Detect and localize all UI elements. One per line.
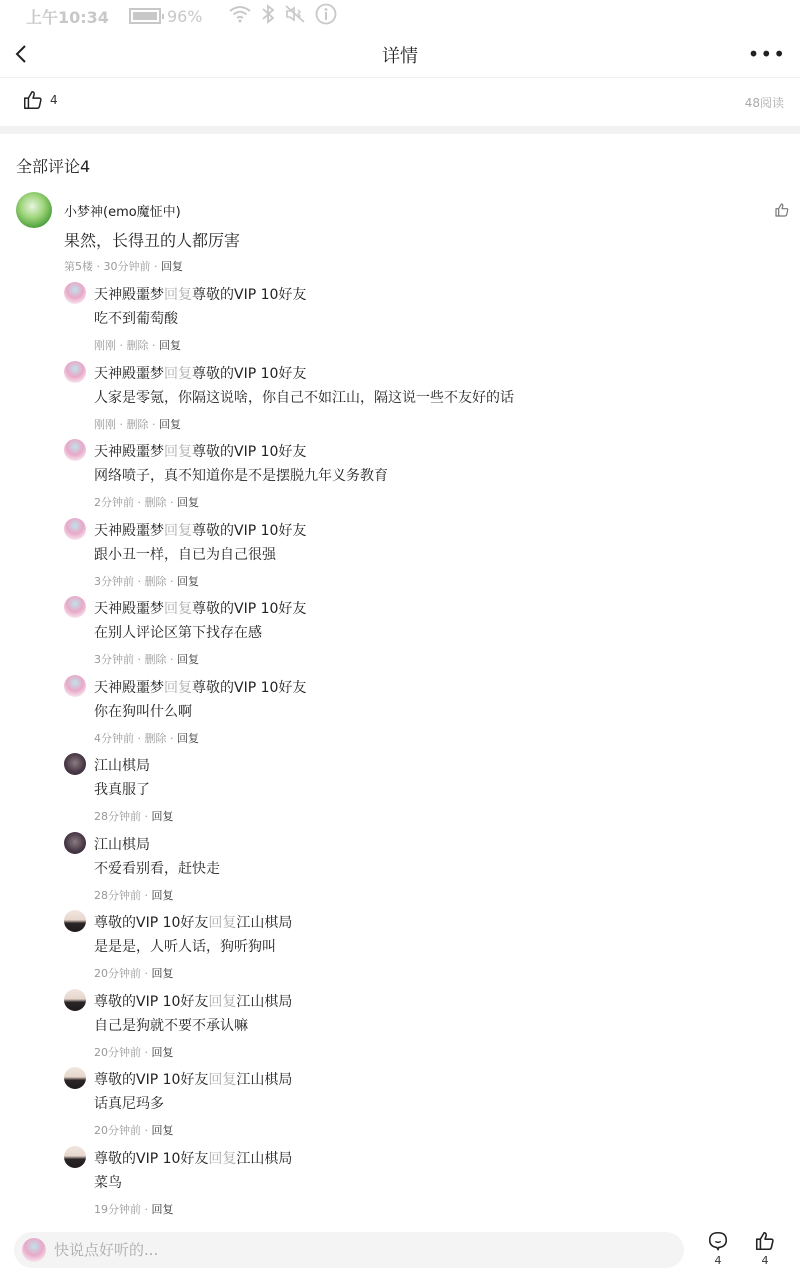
reply-button[interactable]: 回复 [152, 889, 174, 902]
thumbs-up-icon [22, 89, 44, 111]
reply-target[interactable]: 尊敬的VIP 10好友 [192, 601, 306, 617]
reply-text: 菜鸟 [94, 1172, 122, 1192]
reply-header: 天神殿噩梦回复尊敬的VIP 10好友 [94, 598, 306, 618]
status-time: 上午10:34 [26, 5, 109, 28]
reply-meta: 20分钟前 · 回复 [94, 1044, 174, 1060]
reply-meta: 20分钟前 · 回复 [94, 1122, 174, 1138]
reply-time: 3分钟前 [94, 575, 134, 588]
reply-time: 19分钟前 [94, 1203, 141, 1216]
avatar [22, 1238, 46, 1262]
reply-meta: 3分钟前 · 删除 · 回复 [94, 651, 199, 667]
reply-word: 回复 [208, 915, 236, 931]
reply-header: 天神殿噩梦回复尊敬的VIP 10好友 [94, 677, 306, 697]
reply-button[interactable]: 回复 [152, 1203, 174, 1216]
reply-time: 刚刚 [94, 339, 116, 352]
mute-icon [285, 5, 305, 28]
reply-time: 20分钟前 [94, 967, 141, 980]
reply-text: 是是是，人听人话，狗听狗叫 [94, 936, 276, 956]
reply-button[interactable]: 回复 [152, 810, 174, 823]
reply-text: 我真服了 [94, 779, 150, 799]
reply-word: 回复 [164, 444, 192, 460]
like-button[interactable]: 4 [750, 1230, 780, 1267]
reply-meta: 3分钟前 · 删除 · 回复 [94, 573, 199, 589]
comment-text: 果然，长得丑的人都厉害 [64, 228, 240, 251]
reply-word: 回复 [208, 1151, 236, 1167]
avatar[interactable] [64, 361, 86, 383]
delete-button[interactable]: 删除 [145, 496, 167, 509]
reply-header: 天神殿噩梦回复尊敬的VIP 10好友 [94, 284, 306, 304]
reply-target[interactable]: 尊敬的VIP 10好友 [192, 287, 306, 303]
delete-button[interactable]: 删除 [127, 418, 149, 431]
avatar[interactable] [64, 596, 86, 618]
avatar[interactable] [64, 675, 86, 697]
post-like-button[interactable] [22, 89, 44, 115]
more-dots-icon: ••• [748, 42, 786, 66]
reply-header: 天神殿噩梦回复尊敬的VIP 10好友 [94, 363, 306, 383]
reply-meta: 刚刚 · 删除 · 回复 [94, 337, 181, 353]
reply-header: 尊敬的VIP 10好友回复江山棋局 [94, 912, 292, 932]
reply-author[interactable]: 尊敬的VIP 10好友 [94, 994, 208, 1010]
reply-text: 跟小丑一样，自已为自己很强 [94, 544, 276, 564]
reply-target[interactable]: 尊敬的VIP 10好友 [192, 680, 306, 696]
chevron-left-icon [12, 42, 32, 66]
reply-meta: 28分钟前 · 回复 [94, 887, 174, 903]
reply-item: 尊敬的VIP 10好友回复江山棋局是是是，人听人话，狗听狗叫20分钟前 · 回复 [64, 910, 784, 989]
reply-author[interactable]: 天神殿噩梦 [94, 287, 164, 303]
reply-button[interactable]: 回复 [152, 1124, 174, 1137]
reply-text: 人家是零氪，你隔这说啥，你自己不如江山，隔这说一些不友好的话 [94, 387, 514, 407]
section-divider [0, 126, 800, 134]
reply-word: 回复 [164, 287, 192, 303]
reply-item: 江山棋局我真服了28分钟前 · 回复 [64, 753, 784, 832]
reply-time: 3分钟前 [94, 653, 134, 666]
avatar[interactable] [64, 910, 86, 932]
post-like-count: 4 [50, 93, 58, 107]
reply-item: 尊敬的VIP 10好友回复江山棋局自己是狗就不要不承认嘛20分钟前 · 回复 [64, 989, 784, 1068]
reply-target[interactable]: 江山棋局 [236, 994, 292, 1010]
reply-item: 尊敬的VIP 10好友回复江山棋局话真尼玛多20分钟前 · 回复 [64, 1067, 784, 1146]
reply-item: 江山棋局不爱看别看，赶快走28分钟前 · 回复 [64, 832, 784, 911]
reply-meta: 2分钟前 · 删除 · 回复 [94, 494, 199, 510]
reply-author[interactable]: 江山棋局 [94, 837, 150, 853]
avatar[interactable] [64, 989, 86, 1011]
delete-button[interactable]: 删除 [145, 732, 167, 745]
reply-author[interactable]: 天神殿噩梦 [94, 523, 164, 539]
reply-list: 天神殿噩梦回复尊敬的VIP 10好友吃不到葡萄酸刚刚 · 删除 · 回复天神殿噩… [64, 282, 784, 1224]
reply-item: 天神殿噩梦回复尊敬的VIP 10好友跟小丑一样，自已为自己很强3分钟前 · 删除… [64, 518, 784, 597]
status-bar: 上午10:34 96% [0, 0, 800, 32]
avatar[interactable] [64, 1146, 86, 1168]
reply-header: 尊敬的VIP 10好友回复江山棋局 [94, 1148, 292, 1168]
reply-header: 江山棋局 [94, 834, 150, 854]
bluetooth-icon [261, 4, 275, 29]
comment-input-box[interactable] [14, 1232, 684, 1268]
reply-author[interactable]: 尊敬的VIP 10好友 [94, 1072, 208, 1088]
reply-button[interactable]: 回复 [159, 339, 181, 352]
reply-item: 天神殿噩梦回复尊敬的VIP 10好友你在狗叫什么啊4分钟前 · 删除 · 回复 [64, 675, 784, 754]
reply-meta: 20分钟前 · 回复 [94, 965, 174, 981]
reply-author[interactable]: 天神殿噩梦 [94, 680, 164, 696]
reply-meta: 19分钟前 · 回复 [94, 1201, 174, 1217]
reply-target[interactable]: 尊敬的VIP 10好友 [192, 366, 306, 382]
avatar[interactable] [64, 1067, 86, 1089]
reply-item: 尊敬的VIP 10好友回复江山棋局菜鸟19分钟前 · 回复 [64, 1146, 784, 1225]
read-count: 48阅读 [745, 94, 784, 111]
avatar[interactable] [64, 282, 86, 304]
reply-button[interactable]: 回复 [177, 496, 199, 509]
reply-button[interactable]: 回复 [161, 260, 183, 273]
reply-word: 回复 [164, 601, 192, 617]
reply-author[interactable]: 天神殿噩梦 [94, 444, 164, 460]
reply-item: 天神殿噩梦回复尊敬的VIP 10好友吃不到葡萄酸刚刚 · 删除 · 回复 [64, 282, 784, 361]
reply-author[interactable]: 尊敬的VIP 10好友 [94, 1151, 208, 1167]
avatar[interactable] [16, 192, 52, 228]
reply-text: 在别人评论区第下找存在感 [94, 622, 262, 642]
comments-header: 全部评论4 [16, 154, 90, 177]
reply-header: 江山棋局 [94, 755, 150, 775]
reply-header: 尊敬的VIP 10好友回复江山棋局 [94, 1069, 292, 1089]
like-count: 4 [750, 1254, 780, 1267]
reply-text: 自己是狗就不要不承认嘛 [94, 1015, 248, 1035]
reply-word: 回复 [164, 366, 192, 382]
reply-target[interactable]: 江山棋局 [236, 915, 292, 931]
comment-count: 4 [703, 1254, 733, 1267]
reply-word: 回复 [164, 680, 192, 696]
thumbs-up-icon [774, 202, 790, 218]
reply-meta: 28分钟前 · 回复 [94, 808, 174, 824]
reply-button[interactable]: 回复 [152, 967, 174, 980]
reply-text: 你在狗叫什么啊 [94, 701, 192, 721]
delete-button[interactable]: 删除 [145, 575, 167, 588]
reply-word: 回复 [208, 1072, 236, 1088]
page-title: 详情 [382, 42, 418, 68]
reply-button[interactable]: 回复 [177, 653, 199, 666]
reply-item: 天神殿噩梦回复尊敬的VIP 10好友人家是零氪，你隔这说啥，你自己不如江山，隔这… [64, 361, 784, 440]
reply-target[interactable]: 江山棋局 [236, 1072, 292, 1088]
reply-target[interactable]: 尊敬的VIP 10好友 [192, 523, 306, 539]
reply-text: 话真尼玛多 [94, 1093, 164, 1113]
comment-input[interactable] [54, 1241, 614, 1259]
wifi-icon [229, 5, 251, 28]
reply-text: 吃不到葡萄酸 [94, 308, 178, 328]
reply-time: 2分钟前 [94, 496, 134, 509]
reply-time: 28分钟前 [94, 810, 141, 823]
thumbs-up-icon [754, 1230, 776, 1252]
reply-time: 20分钟前 [94, 1046, 141, 1059]
reply-item: 天神殿噩梦回复尊敬的VIP 10好友网络喷子，真不知道你是不是摆脱九年义务教育2… [64, 439, 784, 518]
reply-header: 尊敬的VIP 10好友回复江山棋局 [94, 991, 292, 1011]
comment-bubble-icon [707, 1230, 729, 1252]
reply-button[interactable]: 回复 [177, 575, 199, 588]
avatar[interactable] [64, 832, 86, 854]
reply-author[interactable]: 江山棋局 [94, 758, 150, 774]
reply-target[interactable]: 尊敬的VIP 10好友 [192, 444, 306, 460]
comment-meta: 第5楼 · 30分钟前 · 回复 [64, 258, 183, 274]
reply-word: 回复 [208, 994, 236, 1010]
reply-button[interactable]: 回复 [159, 418, 181, 431]
delete-button[interactable]: 删除 [145, 653, 167, 666]
reply-text: 网络喷子，真不知道你是不是摆脱九年义务教育 [94, 465, 388, 485]
avatar[interactable] [64, 439, 86, 461]
reply-header: 天神殿噩梦回复尊敬的VIP 10好友 [94, 520, 306, 540]
reply-author[interactable]: 尊敬的VIP 10好友 [94, 915, 208, 931]
comments-button[interactable]: 4 [703, 1230, 733, 1267]
reply-meta: 4分钟前 · 删除 · 回复 [94, 730, 199, 746]
comment-like-button[interactable] [774, 202, 790, 218]
battery-icon [129, 8, 161, 24]
reply-author[interactable]: 天神殿噩梦 [94, 366, 164, 382]
info-icon [315, 3, 337, 30]
reply-meta: 刚刚 · 删除 · 回复 [94, 416, 181, 432]
reply-author[interactable]: 天神殿噩梦 [94, 601, 164, 617]
avatar[interactable] [64, 753, 86, 775]
reply-target[interactable]: 江山棋局 [236, 1151, 292, 1167]
delete-button[interactable]: 删除 [127, 339, 149, 352]
comment-time: 30分钟前 [104, 260, 151, 273]
avatar[interactable] [64, 518, 86, 540]
bottom-bar: 4 4 [0, 1230, 800, 1280]
reply-word: 回复 [164, 523, 192, 539]
reply-text: 不爱看别看，赶快走 [94, 858, 220, 878]
more-button[interactable]: ••• [748, 46, 786, 62]
back-button[interactable] [12, 42, 32, 66]
comment-floor: 第5楼 [64, 260, 93, 273]
reply-time: 20分钟前 [94, 1124, 141, 1137]
post-stats: 4 48阅读 [0, 78, 800, 126]
reply-item: 天神殿噩梦回复尊敬的VIP 10好友在别人评论区第下找存在感3分钟前 · 删除 … [64, 596, 784, 675]
nav-bar: 详情 ••• [0, 32, 800, 78]
reply-button[interactable]: 回复 [152, 1046, 174, 1059]
battery-percent: 96% [167, 7, 203, 26]
reply-time: 刚刚 [94, 418, 116, 431]
reply-time: 28分钟前 [94, 889, 141, 902]
reply-button[interactable]: 回复 [177, 732, 199, 745]
reply-header: 天神殿噩梦回复尊敬的VIP 10好友 [94, 441, 306, 461]
reply-time: 4分钟前 [94, 732, 134, 745]
comment-author[interactable]: 小梦神(emo魔怔中) [64, 201, 181, 220]
